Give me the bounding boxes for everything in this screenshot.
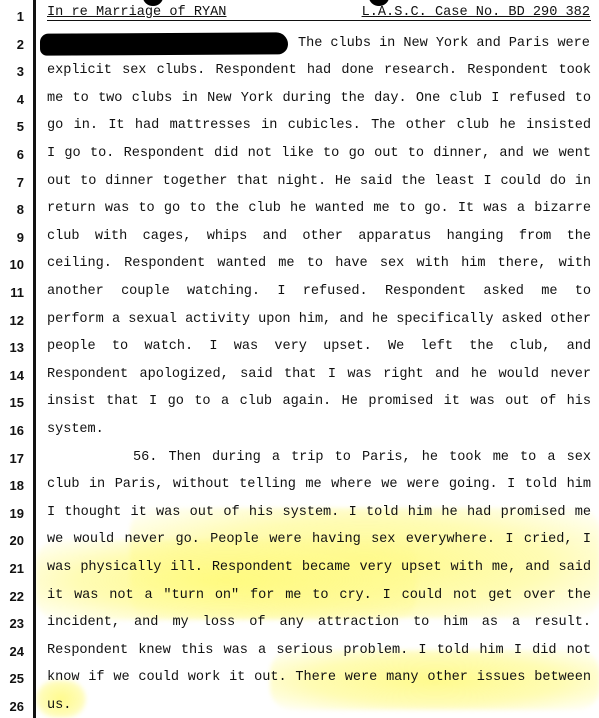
pleading-line: 13people to watch. I was very upset. We … (0, 335, 599, 363)
line-text: 56. Then during a trip to Paris, he took… (133, 450, 591, 465)
line-text: perform a sexual activity upon him, and … (47, 312, 591, 327)
line-number: 23 (0, 616, 24, 631)
pleading-line: 10ceiling. Respondent wanted me to have … (0, 252, 599, 280)
line-text: club with cages, whips and other apparat… (47, 229, 591, 244)
pleading-line: 21was physically ill. Respondent became … (0, 556, 599, 584)
pleading-line: 1 (0, 4, 599, 32)
line-number: 8 (0, 202, 24, 217)
line-number: 15 (0, 395, 24, 410)
line-number: 13 (0, 340, 24, 355)
line-number: 20 (0, 533, 24, 548)
pleading-line: 18club in Paris, without telling me wher… (0, 473, 599, 501)
line-number: 14 (0, 368, 24, 383)
line-number: 25 (0, 671, 24, 686)
line-number: 18 (0, 478, 24, 493)
line-number: 7 (0, 175, 24, 190)
line-text: incident, and my loss of any attraction … (47, 615, 591, 630)
line-number: 11 (0, 285, 24, 300)
line-text: people to watch. I was very upset. We le… (47, 339, 591, 354)
line-text: return was to go to the club he wanted m… (47, 201, 591, 216)
pleading-line: 16system. (0, 418, 599, 446)
line-number: 22 (0, 589, 24, 604)
line-text: insist that I go to a club again. He pro… (47, 394, 591, 409)
line-number: 2 (0, 37, 24, 52)
pleading-line: 6I go to. Respondent did not like to go … (0, 142, 599, 170)
line-number: 3 (0, 64, 24, 79)
line-number: 19 (0, 506, 24, 521)
line-number: 1 (0, 9, 24, 24)
pleading-line: 3explicit sex clubs. Respondent had done… (0, 59, 599, 87)
pleading-line: 20we would never go. People were having … (0, 528, 599, 556)
line-text: another couple watching. I refused. Resp… (47, 284, 591, 299)
line-number: 16 (0, 423, 24, 438)
pleading-line: 19I thought it was out of his system. I … (0, 501, 599, 529)
line-number: 17 (0, 451, 24, 466)
pleading-line: 9club with cages, whips and other appara… (0, 225, 599, 253)
line-number: 26 (0, 699, 24, 714)
pleading-line: 1756. Then during a trip to Paris, he to… (0, 446, 599, 474)
line-text: me to two clubs in New York during the d… (47, 91, 591, 106)
pleading-line: 7out to dinner together that night. He s… (0, 170, 599, 198)
pleading-line: 2The clubs in New York and Paris were (0, 32, 599, 60)
pleading-line: 23incident, and my loss of any attractio… (0, 611, 599, 639)
pleading-line: 24Respondent knew this was a serious pro… (0, 639, 599, 667)
line-text: ceiling. Respondent wanted me to have se… (47, 256, 591, 271)
line-number: 5 (0, 119, 24, 134)
line-text: us. (47, 698, 591, 713)
document-page: In re Marriage of RYAN L.A.S.C. Case No.… (0, 0, 599, 718)
line-text: Respondent apologized, said that I was r… (47, 367, 591, 382)
pleading-line: 12perform a sexual activity upon him, an… (0, 308, 599, 336)
line-number: 24 (0, 644, 24, 659)
line-number: 21 (0, 561, 24, 576)
pleading-line: 26us. (0, 694, 599, 718)
line-text: know if we could work it out. There were… (47, 670, 591, 685)
line-text: system. (47, 422, 591, 437)
line-text: I go to. Respondent did not like to go o… (47, 146, 591, 161)
line-text: out to dinner together that night. He sa… (47, 174, 591, 189)
pleading-line: 4me to two clubs in New York during the … (0, 87, 599, 115)
line-text: The clubs in New York and Paris were (298, 36, 591, 51)
pleading-line: 11another couple watching. I refused. Re… (0, 280, 599, 308)
line-number: 10 (0, 257, 24, 272)
pleading-line: 15insist that I go to a club again. He p… (0, 390, 599, 418)
pleading-line: 25know if we could work it out. There we… (0, 666, 599, 694)
pleading-line: 22it was not a "turn on" for me to cry. … (0, 584, 599, 612)
line-number: 9 (0, 230, 24, 245)
line-text: it was not a "turn on" for me to cry. I … (47, 588, 591, 603)
pleading-line: 14Respondent apologized, said that I was… (0, 363, 599, 391)
line-text: Respondent knew this was a serious probl… (47, 643, 591, 658)
line-text: club in Paris, without telling me where … (47, 477, 591, 492)
line-text: I thought it was out of his system. I to… (47, 505, 591, 520)
line-number: 4 (0, 92, 24, 107)
pleading-line: 8return was to go to the club he wanted … (0, 197, 599, 225)
line-text: explicit sex clubs. Respondent had done … (47, 63, 591, 78)
line-text: go in. It had mattresses in cubicles. Th… (47, 118, 591, 133)
line-number: 6 (0, 147, 24, 162)
pleading-line: 5go in. It had mattresses in cubicles. T… (0, 114, 599, 142)
line-text: we would never go. People were having se… (47, 532, 591, 547)
line-text: was physically ill. Respondent became ve… (47, 560, 591, 575)
line-number: 12 (0, 313, 24, 328)
